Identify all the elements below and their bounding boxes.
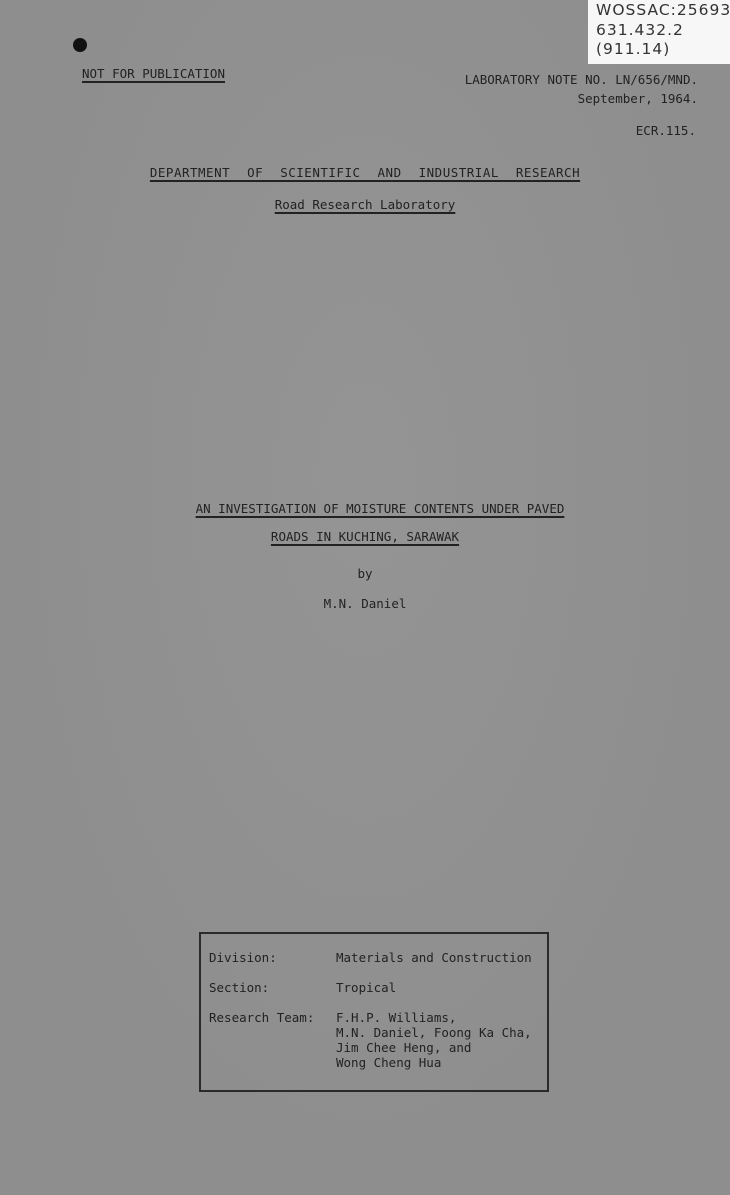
department-heading: DEPARTMENT OF SCIENTIFIC AND INDUSTRIAL … <box>0 165 730 180</box>
punch-hole-icon <box>73 38 87 52</box>
reference-code: ECR.115. <box>636 123 696 138</box>
restriction-notice: NOT FOR PUBLICATION <box>82 66 225 81</box>
team-member-line: F.H.P. Williams, <box>336 1010 532 1025</box>
team-member-line: Jim Chee Heng, and <box>336 1040 532 1055</box>
division-value: Materials and Construction <box>336 950 532 965</box>
division-label: Division: <box>209 950 336 965</box>
section-value: Tropical <box>336 980 396 995</box>
lab-note-number: LABORATORY NOTE NO. LN/656/MND. <box>465 70 698 89</box>
document-page: WOSSAC:25693 631.432.2 (911.14) NOT FOR … <box>0 0 730 1195</box>
stamp-line: WOSSAC:25693 <box>596 1 730 21</box>
section-row: Section: Tropical <box>209 980 396 995</box>
lab-note-block: LABORATORY NOTE NO. LN/656/MND. Septembe… <box>465 70 698 108</box>
team-members: F.H.P. Williams, M.N. Daniel, Foong Ka C… <box>336 1010 532 1070</box>
title-text-1: AN INVESTIGATION OF MOISTURE CONTENTS UN… <box>196 501 565 516</box>
division-info-box: Division: Materials and Construction Sec… <box>199 932 549 1092</box>
stamp-line: 631.432.2 <box>596 21 730 41</box>
division-row: Division: Materials and Construction <box>209 950 532 965</box>
lab-note-date: September, 1964. <box>465 89 698 108</box>
document-title-line-1: AN INVESTIGATION OF MOISTURE CONTENTS UN… <box>0 501 730 516</box>
team-label: Research Team: <box>209 1010 336 1070</box>
team-member-line: Wong Cheng Hua <box>336 1055 532 1070</box>
by-label: by <box>0 566 730 581</box>
stamp-line: (911.14) <box>596 40 730 60</box>
section-label: Section: <box>209 980 336 995</box>
author-name: M.N. Daniel <box>0 596 730 611</box>
laboratory-name: Road Research Laboratory <box>275 197 456 212</box>
department-name: DEPARTMENT OF SCIENTIFIC AND INDUSTRIAL … <box>150 165 580 180</box>
laboratory-heading: Road Research Laboratory <box>0 197 730 212</box>
archive-stamp: WOSSAC:25693 631.432.2 (911.14) <box>588 0 730 64</box>
title-text-2: ROADS IN KUCHING, SARAWAK <box>271 529 459 544</box>
team-row: Research Team: F.H.P. Williams, M.N. Dan… <box>209 1010 532 1070</box>
team-member-line: M.N. Daniel, Foong Ka Cha, <box>336 1025 532 1040</box>
document-title-line-2: ROADS IN KUCHING, SARAWAK <box>0 529 730 544</box>
